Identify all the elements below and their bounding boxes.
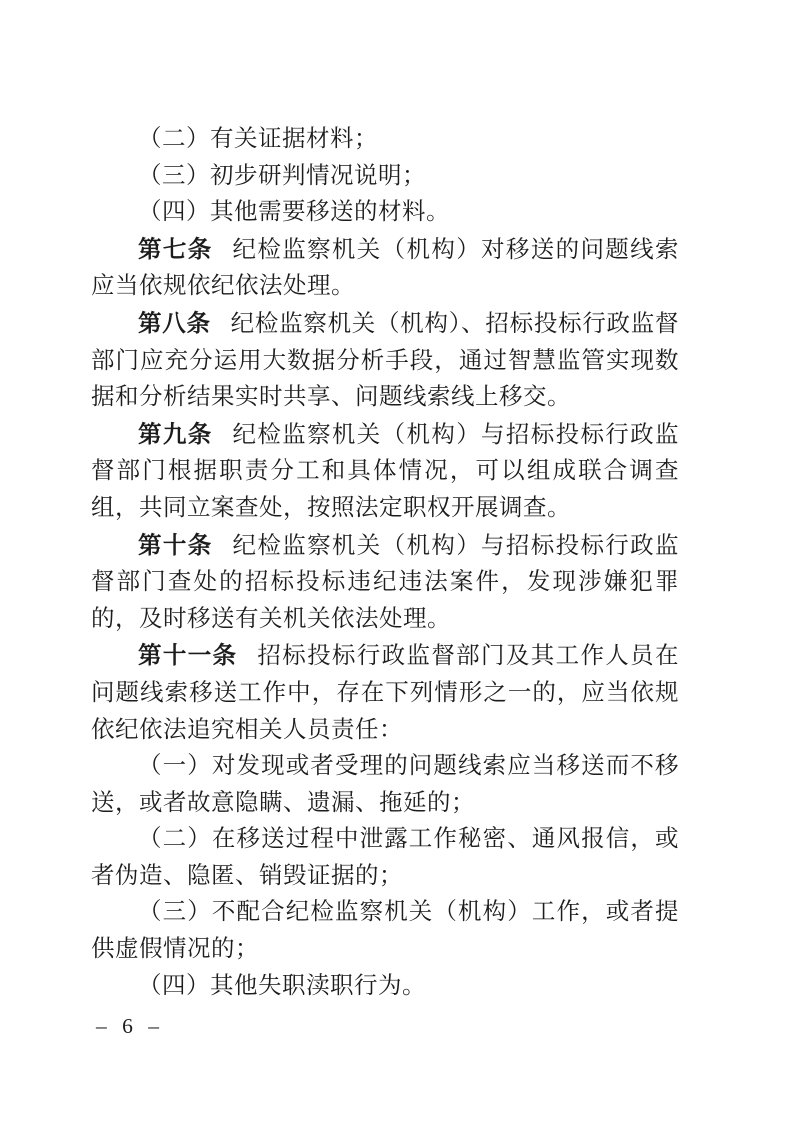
- document-body: （二）有关证据材料； （三）初步研判情况说明； （四）其他需要移送的材料。 第七…: [91, 121, 679, 1004]
- article-7-number: 第七条: [138, 236, 213, 262]
- article-9-number: 第九条: [138, 421, 213, 447]
- paragraph-text: （一）对发现或者受理的问题线索应当移送而不移送，或者故意隐瞒、遗漏、拖延的；: [91, 753, 679, 816]
- article-11-number: 第十一条: [138, 642, 237, 668]
- article-7-paragraph: 第七条纪检监察机关（机构）对移送的问题线索应当依规依纪依法处理。: [91, 231, 679, 305]
- paragraph-text: （四）其他需要移送的材料。: [138, 199, 450, 225]
- list-item-2: （二）有关证据材料；: [91, 121, 679, 158]
- paragraph-text: （四）其他失职渎职行为。: [138, 973, 426, 999]
- article-10-number: 第十条: [138, 532, 213, 558]
- list-item-3: （三）初步研判情况说明；: [91, 158, 679, 195]
- paragraph-text: （三）不配合纪检监察机关（机构）工作，或者提供虚假情况的；: [91, 899, 679, 962]
- article-10-paragraph: 第十条纪检监察机关（机构）与招标投标行政监督部门查处的招标投标违纪违法案件，发现…: [91, 527, 679, 638]
- list-item-4b: （四）其他失职渎职行为。: [91, 968, 679, 1005]
- paragraph-text: （二）有关证据材料；: [138, 126, 378, 152]
- page-number: – 6 –: [96, 1014, 164, 1039]
- list-item-1b: （一）对发现或者受理的问题线索应当移送而不移送，或者故意隐瞒、遗漏、拖延的；: [91, 748, 679, 821]
- article-8-number: 第八条: [138, 310, 211, 336]
- article-11-paragraph: 第十一条招标投标行政监督部门及其工作人员在问题线索移送工作中，存在下列情形之一的…: [91, 637, 679, 748]
- article-9-paragraph: 第九条纪检监察机关（机构）与招标投标行政监督部门根据职责分工和具体情况，可以组成…: [91, 416, 679, 527]
- paragraph-text: （三）初步研判情况说明；: [138, 163, 426, 189]
- document-page: （二）有关证据材料； （三）初步研判情况说明； （四）其他需要移送的材料。 第七…: [0, 0, 793, 1122]
- article-8-paragraph: 第八条纪检监察机关（机构）、招标投标行政监督部门应充分运用大数据分析手段，通过智…: [91, 305, 679, 416]
- list-item-3b: （三）不配合纪检监察机关（机构）工作，或者提供虚假情况的；: [91, 894, 679, 967]
- paragraph-text: （二）在移送过程中泄露工作秘密、通风报信，或者伪造、隐匿、销毁证据的；: [91, 826, 679, 889]
- list-item-2b: （二）在移送过程中泄露工作秘密、通风报信，或者伪造、隐匿、销毁证据的；: [91, 821, 679, 894]
- list-item-4: （四）其他需要移送的材料。: [91, 194, 679, 231]
